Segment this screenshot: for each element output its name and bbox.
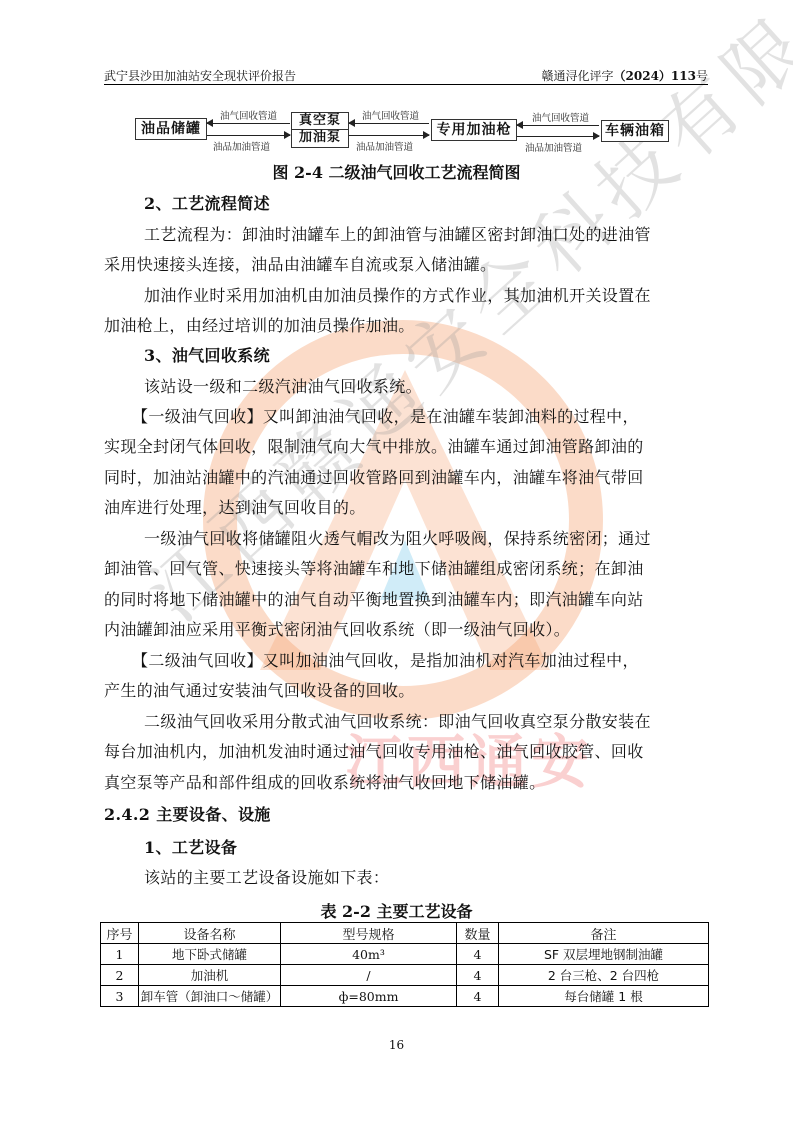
cell-name: 地下卧式储罐 [139, 944, 281, 965]
paragraph-line: 加油作业时采用加油机由加油员操作的方式作业，其加油机开关设置在 [104, 286, 720, 306]
table-caption: 表 2-2 主要工艺设备 [0, 899, 793, 922]
cell-note: SF 双层埋地钢制油罐 [499, 944, 709, 965]
header-cell: 设备名称 [139, 923, 281, 944]
cell-name: 卸车管（卸油口～储罐） [139, 986, 281, 1007]
header-cell: 数量 [457, 923, 499, 944]
arrow-vapor-return [349, 123, 429, 124]
report-title: 武宁县沙田加油站安全现状评价报告 [104, 67, 296, 84]
subsection-heading-process-equipment: 1、工艺设备 [104, 838, 720, 858]
paragraph-line: 加油枪上，由经过培训的加油员操作加油。 [104, 316, 720, 336]
arrow-vapor-return [517, 125, 599, 126]
paragraph-line: 该站设一级和二级汽油油气回收系统。 [104, 377, 720, 397]
page-header: 武宁县沙田加油站安全现状评价报告 赣通浔化评字（2024）113号 [104, 64, 708, 85]
section-heading-vapor-recovery: 3、油气回收系统 [104, 346, 720, 366]
node-storage-tank: 油品储罐 [135, 118, 207, 140]
cell-no: 2 [101, 965, 139, 986]
paragraph-line: 一级油气回收将储罐阻火透气帽改为阻火呼吸阀，保持系统密闭；通过 [104, 529, 720, 549]
node-pump-group: 真空泵 加油泵 [291, 112, 349, 148]
cell-no: 1 [101, 944, 139, 965]
node-nozzle: 专用加油枪 [431, 119, 517, 141]
paragraph-line: 产生的油气通过安装油气回收设备的回收。 [104, 681, 720, 701]
pipe-label-vapor: 油气回收管道 [220, 108, 277, 122]
report-number-suffix: 号 [696, 69, 708, 83]
cell-spec: 40m³ [281, 944, 457, 965]
equipment-table: 序号 设备名称 型号规格 数量 备注 1 地下卧式储罐 40m³ 4 SF 双层… [100, 922, 709, 1007]
paragraph-line: 真空泵等产品和部件组成的回收系统将油气收回地下储油罐。 [104, 773, 720, 793]
node-fuel-pump: 加油泵 [292, 130, 348, 146]
table-header-row: 序号 设备名称 型号规格 数量 备注 [101, 923, 709, 944]
report-number-year: （2024）113 [614, 69, 696, 83]
table-row: 3 卸车管（卸油口～储罐） ф=80mm 4 每台储罐 1 根 [101, 986, 709, 1007]
section-heading-equipment: 2.4.2 主要设备、设施 [104, 805, 720, 825]
header-cell: 序号 [101, 923, 139, 944]
report-number: 赣通浔化评字（2024）113号 [542, 67, 708, 84]
arrow-vapor-return [207, 123, 290, 124]
header-cell: 型号规格 [281, 923, 457, 944]
paragraph-line: 卸油管、回气管、快速接头等将油罐车和地下储油罐组成密闭系统；在卸油 [104, 559, 720, 579]
paragraph-line: 实现全封闭气体回收，限制油气向大气中排放。油罐车通过卸油管路卸油的 [104, 437, 720, 457]
paragraph-line: 该站的主要工艺设备设施如下表： [104, 868, 720, 888]
paragraph-line: 【二级油气回收】又叫加油油气回收，是指加油机对汽车加油过程中， [104, 651, 720, 671]
table-row: 2 加油机 / 4 2 台三枪、2 台四枪 [101, 965, 709, 986]
table-row: 1 地下卧式储罐 40m³ 4 SF 双层埋地钢制油罐 [101, 944, 709, 965]
figure-caption: 图 2-4 二级油气回收工艺流程简图 [0, 160, 793, 183]
cell-qty: 4 [457, 965, 499, 986]
arrow-fuel-supply [349, 135, 429, 136]
cell-spec: ф=80mm [281, 986, 457, 1007]
header-cell: 备注 [499, 923, 709, 944]
cell-no: 3 [101, 986, 139, 1007]
pipe-label-fuel: 油品加油管道 [213, 139, 270, 153]
cell-name: 加油机 [139, 965, 281, 986]
pipe-label-fuel: 油品加油管道 [356, 139, 413, 153]
pipe-label-vapor: 油气回收管道 [362, 108, 419, 122]
paragraph-line: 内油罐卸油应采用平衡式密闭油气回收系统（即一级油气回收）。 [104, 620, 720, 640]
paragraph-line: 的同时将地下储油罐中的油气自动平衡地置换到油罐车内；即汽油罐车向站 [104, 590, 720, 610]
vapor-recovery-flow-diagram: 油品储罐 油气回收管道 油品加油管道 真空泵 加油泵 油气回收管道 油品加油管道… [130, 106, 700, 154]
cell-note: 2 台三枪、2 台四枪 [499, 965, 709, 986]
cell-qty: 4 [457, 986, 499, 1007]
paragraph-line: 采用快速接头连接，油品由油罐车自流或泵入储油罐。 [104, 255, 720, 275]
arrow-fuel-supply [207, 135, 290, 136]
report-number-prefix: 赣通浔化评字 [542, 69, 614, 83]
page-number: 16 [0, 1038, 793, 1052]
pipe-label-vapor: 油气回收管道 [532, 110, 589, 124]
paragraph-line: 每台加油机内，加油机发油时通过油气回收专用油枪、油气回收胶管、回收 [104, 742, 720, 762]
paragraph-line: 工艺流程为：卸油时油罐车上的卸油管与油罐区密封卸油口处的进油管 [104, 225, 720, 245]
cell-note: 每台储罐 1 根 [499, 986, 709, 1007]
pipe-label-fuel: 油品加油管道 [525, 140, 582, 154]
paragraph-line: 同时，加油站油罐中的汽油通过回收管路回到油罐车内，油罐车将油气带回 [104, 468, 720, 488]
paragraph-line: 二级油气回收采用分散式油气回收系统：即油气回收真空泵分散安装在 [104, 712, 720, 732]
cell-spec: / [281, 965, 457, 986]
cell-qty: 4 [457, 944, 499, 965]
node-vehicle-tank: 车辆油箱 [601, 120, 669, 142]
section-heading-process: 2、工艺流程简述 [104, 194, 720, 214]
paragraph-line: 【一级油气回收】又叫卸油油气回收，是在油罐车装卸油料的过程中， [104, 407, 720, 427]
node-vacuum-pump: 真空泵 [292, 113, 348, 130]
paragraph-line: 油库进行处理，达到油气回收目的。 [104, 498, 720, 518]
arrow-fuel-supply [517, 136, 599, 137]
